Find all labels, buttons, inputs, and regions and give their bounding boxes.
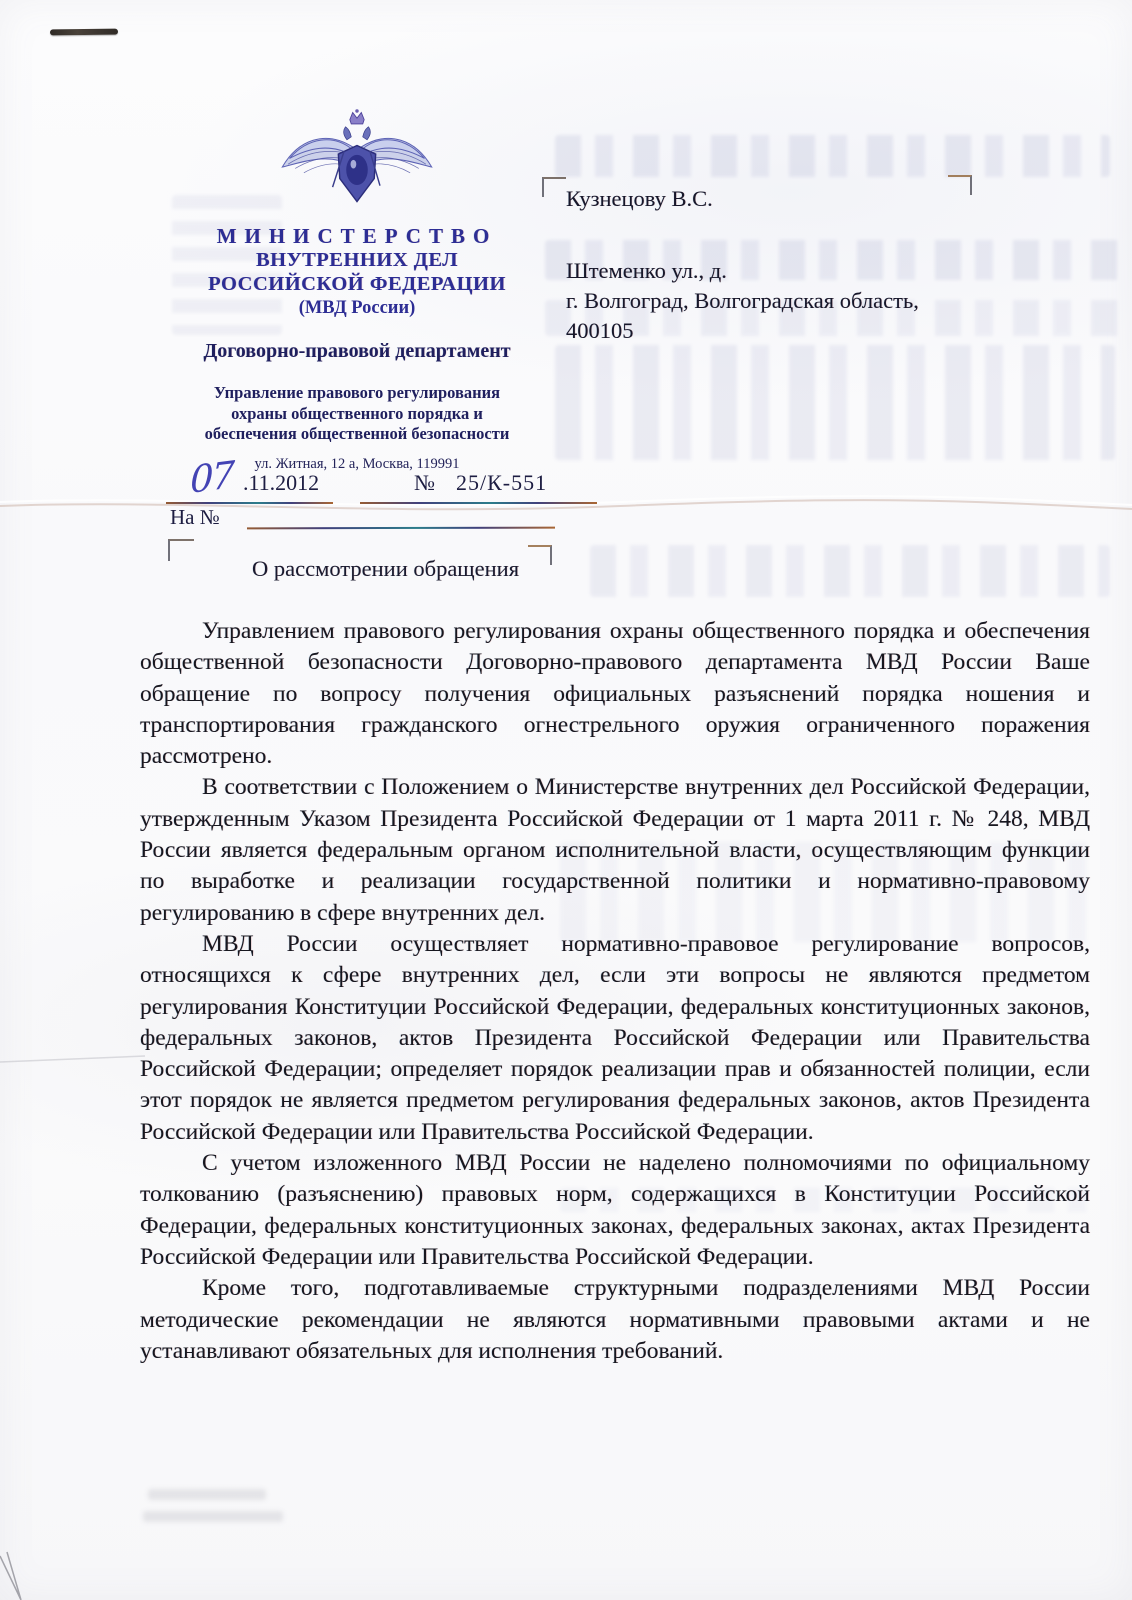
mvd-eagle-emblem-icon xyxy=(278,108,436,216)
date-underline xyxy=(166,502,333,504)
recipient-address-line1: Штеменко ул., д. xyxy=(566,256,1006,286)
recipient-address-line2: г. Волгоград, Волгоградская область, xyxy=(566,286,1006,316)
letterhead: МИНИСТЕРСТВО ВНУТРЕННИХ ДЕЛ РОССИЙСКОЙ Ф… xyxy=(118,108,596,473)
body-paragraph: С учетом изложенного МВД России не надел… xyxy=(140,1148,1090,1273)
department-name: Договорно-правовой департамент xyxy=(118,340,596,363)
reply-number-label: На № xyxy=(170,505,220,530)
number-underline xyxy=(360,502,597,504)
printed-date: .11.2012 xyxy=(243,470,319,496)
subject-corner-mark-left xyxy=(168,539,194,561)
body-paragraph: В соответствии с Положением о Министерст… xyxy=(140,772,1090,928)
executor-note-blur xyxy=(143,1511,283,1522)
recipient-name: Кузнецову В.С. xyxy=(566,186,1006,212)
bleed-through xyxy=(555,345,1115,460)
division-name-line1: Управление правового регулирования xyxy=(118,383,596,404)
subject-line: О рассмотрении обращения xyxy=(252,556,519,582)
body-paragraph: Управлением правового регулирования охра… xyxy=(140,616,1090,772)
subject-corner-mark-right xyxy=(528,545,552,565)
ministry-name-line3: РОССИЙСКОЙ ФЕДЕРАЦИИ xyxy=(118,272,596,296)
recipient-corner-mark-left xyxy=(542,177,566,197)
division-name-line2: охраны общественного порядка и xyxy=(118,404,596,425)
letter-body: Управлением правового регулирования охра… xyxy=(140,616,1090,1367)
recipient-address-line3: 400105 xyxy=(566,316,1006,346)
number-sign: № xyxy=(414,470,435,496)
body-paragraph: Кроме того, подготавливаемые структурным… xyxy=(140,1273,1090,1367)
ministry-abbreviation: (МВД России) xyxy=(118,296,596,320)
recipient-block: Кузнецову В.С. Штеменко ул., д. г. Волго… xyxy=(566,186,1006,346)
scan-artifact-bar xyxy=(50,29,118,36)
division-name-line3: обеспечения общественной безопасности xyxy=(118,424,596,445)
ministry-name-line1: МИНИСТЕРСТВО xyxy=(118,224,596,248)
body-paragraph: МВД России осуществляет нормативно-право… xyxy=(140,929,1090,1148)
outgoing-number: 25/К-551 xyxy=(456,470,547,496)
ministry-name-line2: ВНУТРЕННИХ ДЕЛ xyxy=(118,248,596,272)
executor-note-blur xyxy=(148,1489,266,1500)
bleed-through xyxy=(590,545,1110,597)
reference-line: 07 .11.2012 № 25/К-551 xyxy=(168,462,608,532)
scanned-letter-page: МИНИСТЕРСТВО ВНУТРЕННИХ ДЕЛ РОССИЙСКОЙ Ф… xyxy=(0,0,1132,1600)
handwritten-date-day: 07 xyxy=(190,453,234,502)
bleed-through xyxy=(555,135,1110,177)
